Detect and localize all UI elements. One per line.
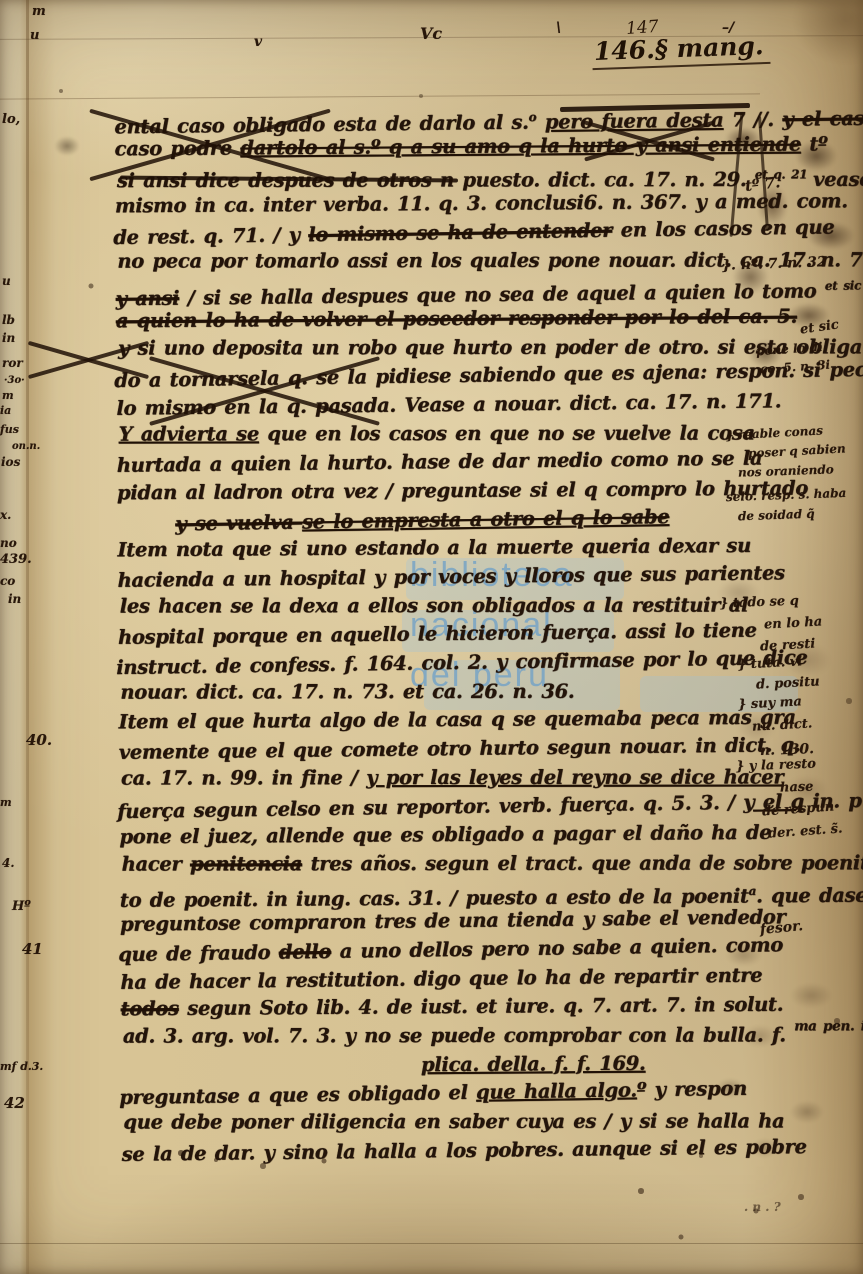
margin-note-left: ror <box>2 356 23 370</box>
text-run: que debe poner diligencia en saber cuya … <box>123 1109 784 1133</box>
margin-note-left: u <box>2 274 11 288</box>
text-run: Item nota que si uno estando a la muerte… <box>117 534 751 561</box>
text-run: mismo in ca. inter verba. 11. q. 3. conc… <box>115 189 848 217</box>
corner-stain <box>778 0 863 95</box>
paper-crease <box>0 1243 863 1244</box>
text-run: en los casos en que <box>612 215 835 241</box>
text-run: ca. 17. n. 99. in fine / <box>121 766 366 789</box>
margin-note-right: de resti <box>760 637 816 655</box>
text-run: ma pen. in ex <box>794 1018 863 1034</box>
margin-note-left: in <box>2 331 15 345</box>
margin-note-left: ios <box>1 455 20 469</box>
manuscript-line: se la de dar. y sino la halla a los pobr… <box>121 1133 801 1169</box>
text-run: pero fuera desta <box>545 108 724 133</box>
text-run: pone el juez, allende que es obligado a … <box>119 821 771 849</box>
manuscript-line: nouar. dict. ca. 17. n. 73. et ca. 26. n… <box>120 677 800 707</box>
text-run: Item el que hurta algo de la casa q se q… <box>119 706 796 734</box>
margin-note-left: m <box>0 796 12 809</box>
text-run: ha de hacer la restitution. digo que lo … <box>120 963 762 993</box>
text-run: tres años. segun el tract. que anda de s… <box>302 851 863 875</box>
text-run: tº <box>801 132 828 155</box>
margin-note-left: Vc <box>420 24 442 43</box>
manuscript-line: que debe poner diligencia en saber cuya … <box>123 1107 803 1137</box>
paper-crease <box>0 93 760 99</box>
text-run: lo mismo se ha de entender <box>308 218 612 246</box>
margin-note-left: ·3o· <box>4 375 25 386</box>
text-run: et sic <box>825 279 861 293</box>
text-run: a uno dellos pero no sabe a quien. como <box>331 933 783 963</box>
page-edge <box>26 0 29 1274</box>
manuscript-line: hacer penitencia tres años. segun el tra… <box>122 849 802 879</box>
text-run: º y respon <box>637 1077 747 1102</box>
text-run: hacer <box>122 852 190 875</box>
folio-number: 147 146.§ mang. <box>592 14 770 67</box>
manuscript-line: todos segun Soto lib. 4. de iust. et iur… <box>121 991 801 1024</box>
margin-note-left: ia <box>0 404 11 417</box>
text-run: y por las leyes del reyno se dice hacer <box>366 765 783 789</box>
margin-note-left: mf d.3. <box>0 1060 43 1073</box>
margin-note-right: . n . ? <box>744 1200 781 1214</box>
text-run: y si uno deposita un robo que hurto en p… <box>118 335 863 360</box>
text-run: hurtada a quien la hurto. hase de dar me… <box>117 447 763 477</box>
text-run: hacienda a un hospital y por voces y llo… <box>117 561 784 592</box>
manuscript-line: vemente que el que comete otro hurto seg… <box>119 731 799 767</box>
margin-note-left: lb <box>2 313 15 327</box>
margin-note-right: selo. resp. s. haba <box>726 486 847 504</box>
margin-note-right: } tado se q <box>720 594 799 612</box>
text-run: fuerça segun celso en su reportor. verb.… <box>117 790 743 822</box>
margin-note-right: } y la resto <box>736 757 816 775</box>
folio-main: 146.§ mang. <box>591 31 770 70</box>
text-run: segun Soto lib. 4. de iust. et iure. q. … <box>179 993 784 1020</box>
margin-note-left: 4. <box>2 856 15 870</box>
text-run: plica. della. f. f. 169. <box>421 1051 646 1076</box>
margin-note-right: en lo ha <box>764 614 823 632</box>
ink-specks <box>0 0 2 2</box>
text-run: de rest. q. 71. / y <box>113 223 308 249</box>
margin-note-left: 41 <box>22 940 43 958</box>
text-run: a quien lo ha de volver el poseedor resp… <box>116 304 797 332</box>
text-run: lo mismo en la q. pasada. Vease a nouar.… <box>116 389 781 420</box>
text-run: hospital porque en aquello le hicieron f… <box>118 619 757 649</box>
manuscript-page: biblioteca nacional del perú 147 146.§ m… <box>0 0 863 1274</box>
text-block: ental caso obligado esta de darlo al s.o… <box>114 102 801 1168</box>
text-run: Y advierta se <box>119 422 259 445</box>
margin-note-left: v <box>254 34 262 50</box>
text-run: o <box>528 110 536 124</box>
margin-note-left: 42 <box>4 1094 25 1112</box>
text-run: que halla algo. <box>476 1079 637 1104</box>
text-run: vemente que el que comete otro hurto seg… <box>119 733 801 764</box>
manuscript-line: no peca por tomarlo assi en los quales p… <box>117 247 797 277</box>
text-run: dartolo al s.º q a su amo q la hurto y a… <box>240 132 801 159</box>
margin-note-left: m <box>2 389 14 402</box>
margin-note-left: u <box>30 28 39 43</box>
margin-note-right: nu. dict. <box>752 716 813 734</box>
manuscript-line: a quien lo ha de volver el poseedor resp… <box>116 302 796 335</box>
text-run: que de fraudo <box>118 941 279 966</box>
text-run: y se vuelva <box>175 510 302 535</box>
manuscript-line: caso podre dartolo al s.º q a su amo q l… <box>115 130 795 163</box>
text-run: vease al <box>813 168 863 191</box>
text-run: y el caso <box>782 107 863 131</box>
margin-note-right: d. positu <box>756 674 820 692</box>
margin-note-left: 40. <box>26 731 52 749</box>
margin-note-left: co <box>0 574 15 588</box>
margin-note-right: nos oraniendo <box>738 462 834 479</box>
text-run: pidan al ladron otra vez / preguntase si… <box>117 476 808 504</box>
margin-note-left: on.n. <box>12 441 40 452</box>
margin-note-right: de soidad q̃ <box>738 507 815 524</box>
margin-note-left: Hº <box>12 899 31 914</box>
margin-note-left: –/ <box>722 20 734 36</box>
text-run: se la de dar. y sino la halla a los pobr… <box>121 1135 806 1166</box>
text-run: penitencia <box>190 852 302 875</box>
text-run: preguntose compraron tres de una tienda … <box>120 906 786 937</box>
margin-note-left: fus <box>0 423 19 436</box>
text-run: preguntase a que es obligado el <box>119 1081 476 1109</box>
text-run: 7 //. <box>723 108 782 132</box>
text-run: nouar. dict. ca. 17. n. 73. et ca. 26. n… <box>120 680 574 704</box>
margin-note-left: no <box>0 536 17 550</box>
margin-note-left: m <box>32 4 46 19</box>
margin-note-left: lo, <box>2 112 20 127</box>
margin-note-left: \ <box>556 20 561 36</box>
text-run: ad. 3. arg. vol. 7. 3. y no se puede com… <box>123 1023 794 1047</box>
margin-note-left: x. <box>0 508 11 522</box>
manuscript-line: ad. 3. arg. vol. 7. 3. y no se puede com… <box>123 1021 803 1051</box>
text-run: que en los casos en que no se vuelve la … <box>259 421 755 445</box>
text-run: todos <box>121 997 179 1020</box>
margin-note-right: hase <box>780 779 814 795</box>
text-run: les hacen se la dexa a ellos son obligad… <box>120 593 748 617</box>
margin-note-left: 439. <box>0 552 32 567</box>
text-run: se lo empresta a otro el q lo sabe <box>302 505 670 533</box>
ink-blot <box>44 126 90 166</box>
text-run: caso podre <box>115 136 241 160</box>
margin-note-left: in <box>8 592 21 606</box>
manuscript-line: pone el juez, allende que es obligado a … <box>119 819 799 852</box>
text-run: dello <box>279 940 332 964</box>
